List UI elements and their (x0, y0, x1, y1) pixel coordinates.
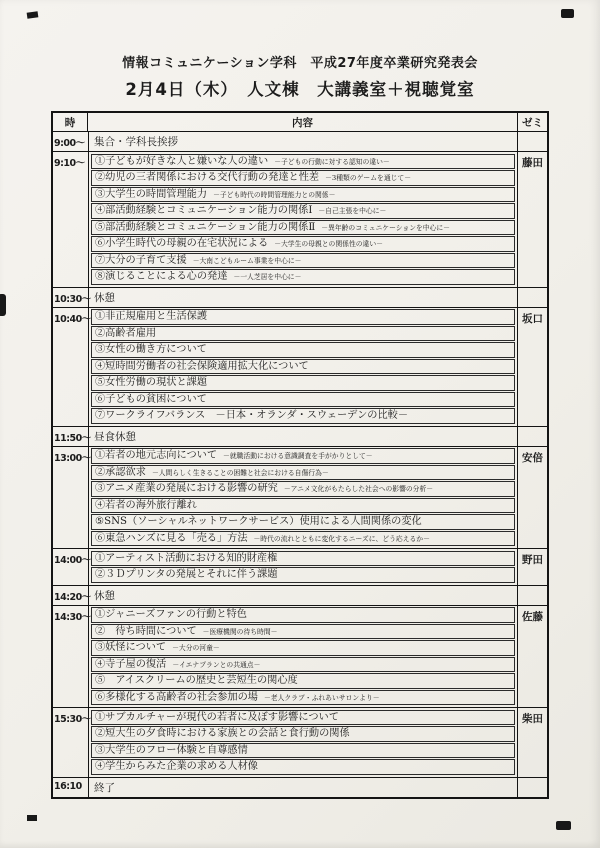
scan-artifact (556, 821, 571, 830)
presentation-item: ⑦ワークライフバランス －日本・オランダ・スウェーデンの比較－ (91, 408, 515, 424)
item-note: －子ども時代の時間管理能力との関係－ (213, 189, 335, 199)
seminar-cell: 安倍 (518, 447, 547, 549)
seminar-cell (518, 288, 547, 307)
time-cell: 16:10 (53, 778, 89, 797)
item-title: ①子どもが好きな人と嫌いな人の違い (95, 155, 268, 169)
column-header-content: 内容 (88, 113, 518, 131)
item-title: ①非正規雇用と生活保護 (95, 310, 207, 324)
seminar-cell: 柴田 (518, 708, 547, 777)
table-row-0910: 9:10～ ①子どもが好きな人と嫌いな人の違い－子どもの行動に対する認知の違い－… (53, 151, 547, 287)
presentation-item: ⑧演じることによる心の発達－一人芝居を中心に－ (91, 269, 515, 285)
item-note: －イエナプランとの共通点－ (172, 659, 260, 669)
presentation-item: ③大学生の時間管理能力－子ども時代の時間管理能力との関係－ (91, 187, 515, 203)
item-title: ③女性の働き方について (95, 343, 207, 357)
scan-artifact (27, 11, 39, 18)
item-title: ⑥東急ハンズに見る「売る」方法 (95, 532, 248, 546)
row-text: 集合・学科長挨拶 (89, 132, 517, 151)
item-title: ⑤ アイスクリームの歴史と芸短生の関心度 (95, 674, 298, 688)
presentation-item: ③大学生のフロー体験と自尊感情 (91, 743, 515, 759)
presentation-item: ④部活動経験とコミュニケーション能力の関係Ⅰ－自己主張を中心に－ (91, 203, 515, 219)
item-title: ①若者の地元志向について (95, 449, 217, 463)
table-row-1030: 10:30～ 休憩 (53, 287, 547, 307)
document-title: 情報コミュニケーション学科 平成27年度卒業研究発表会 (0, 52, 600, 71)
presentation-item: ①子どもが好きな人と嫌いな人の違い－子どもの行動に対する認知の違い－ (91, 154, 515, 170)
scan-artifact (561, 9, 574, 18)
table-row-1610: 16:10 終了 (53, 777, 547, 797)
time-cell: 10:40～ (53, 308, 89, 426)
row-text: 休憩 (89, 586, 517, 605)
table-row-1430: 14:30～ ①ジャニーズファンの行動と特色 ② 待ち時間について－医療機関の待… (53, 605, 547, 708)
scan-artifact (27, 815, 37, 821)
row-text: 昼食休憩 (89, 427, 517, 446)
presentation-item: ②高齢者雇用 (91, 326, 515, 342)
item-title: ⑤女性労働の現状と課題 (95, 376, 207, 390)
table-row-1420: 14:20～ 休憩 (53, 585, 547, 605)
item-note: －アニメ文化がもたらした社会への影響の分析－ (284, 483, 433, 493)
presentation-item: ④短時間労働者の社会保険適用拡大化について (91, 359, 515, 375)
presentation-item: ①ジャニーズファンの行動と特色 (91, 607, 515, 623)
presentation-item: ③女性の働き方について (91, 342, 515, 358)
item-note: －人間らしく生きることの困難と社会における自傷行為－ (152, 467, 329, 477)
item-note: －大学生の母親との関係性の違い－ (274, 238, 383, 248)
presentation-item: ①アーティスト活動における知的財産権 (91, 551, 515, 567)
presentation-item: ①若者の地元志向について－就職活動における意識調査を手がかりとして－ (91, 448, 515, 464)
presentation-item: ④寺子屋の復活－イエナプランとの共通点－ (91, 657, 515, 673)
item-note: －時代の流れとともに変化するニーズに、どう応えるか－ (254, 533, 430, 543)
seminar-cell (518, 586, 547, 605)
presentation-item: ⑥多様化する高齢者の社会参加の場－老人クラブ・ふれあいサロンより－ (91, 690, 515, 706)
table-row-1150: 11:50～ 昼食休憩 (53, 426, 547, 446)
seminar-cell: 藤田 (518, 152, 547, 287)
presentation-item: ⑤SNS（ソーシャルネットワークサービス）使用による人間関係の変化 (91, 514, 515, 530)
item-title: ④部活動経験とコミュニケーション能力の関係Ⅰ (95, 204, 312, 218)
time-cell: 14:00～ (53, 549, 89, 585)
time-cell: 15:30～ (53, 708, 89, 777)
row-text: 終了 (89, 778, 517, 797)
time-cell: 10:30～ (53, 288, 89, 307)
seminar-cell (518, 427, 547, 446)
presentation-item: ⑤ アイスクリームの歴史と芸短生の関心度 (91, 673, 515, 689)
time-cell: 11:50～ (53, 427, 89, 446)
table-row-1040: 10:40～ ①非正規雇用と生活保護 ②高齢者雇用 ③女性の働き方について ④短… (53, 307, 547, 426)
item-note: －医療機関の待ち時間－ (203, 626, 278, 636)
table-row-1300: 13:00～ ①若者の地元志向について－就職活動における意識調査を手がかりとして… (53, 446, 547, 549)
presentation-item: ⑤女性労働の現状と課題 (91, 375, 515, 391)
seminar-cell (518, 132, 547, 151)
item-title: ⑥多様化する高齢者の社会参加の場 (95, 691, 258, 705)
presentation-item: ②幼児の三者関係における交代行動の発達と性差－3種類のゲームを通じて－ (91, 170, 515, 186)
presentation-item: ⑥小学生時代の母親の在宅状況による－大学生の母親との関係性の違い－ (91, 236, 515, 252)
seminar-cell: 坂口 (518, 308, 547, 426)
seminar-cell: 野田 (518, 549, 547, 585)
time-cell: 9:10～ (53, 152, 89, 287)
presentation-item: ②短大生の夕食時における家族との会話と食行動の関係 (91, 726, 515, 742)
presentation-item: ①サブカルチャーが現代の若者に及ぼす影響について (91, 710, 515, 726)
item-title: ④寺子屋の復活 (95, 658, 166, 672)
item-title: ⑧演じることによる心の発達 (95, 270, 227, 284)
item-title: ③アニメ産業の発展における影響の研究 (95, 482, 278, 496)
item-title: ①サブカルチャーが現代の若者に及ぼす影響について (95, 711, 339, 725)
item-title: ③大学生の時間管理能力 (95, 188, 207, 202)
item-title: ⑤SNS（ソーシャルネットワークサービス）使用による人間関係の変化 (95, 515, 422, 529)
item-title: ⑥小学生時代の母親の在宅状況による (95, 237, 268, 251)
item-title: ②承認欲求 (95, 466, 146, 480)
presentation-item: ⑥東急ハンズに見る「売る」方法－時代の流れとともに変化するニーズに、どう応えるか… (91, 531, 515, 547)
item-note: －一人芝居を中心に－ (233, 271, 301, 281)
item-title: ②高齢者雇用 (95, 327, 156, 341)
schedule-table: 時 内容 ゼミ 9:00～ 集合・学科長挨拶 9:10～ ①子どもが好きな人と嫌… (51, 111, 549, 799)
item-note: －就職活動における意識調査を手がかりとして－ (223, 450, 373, 460)
presentation-item: ④学生からみた企業の求める人材像 (91, 759, 515, 775)
presentation-item: ⑦大分の子育て支援－大南こどもルーム事業を中心に－ (91, 253, 515, 269)
table-header-row: 時 内容 ゼミ (53, 113, 547, 131)
presentation-item: ①非正規雇用と生活保護 (91, 309, 515, 325)
presentation-item: ②承認欲求－人間らしく生きることの困難と社会における自傷行為－ (91, 465, 515, 481)
seminar-cell: 佐藤 (518, 606, 547, 708)
item-note: －子どもの行動に対する認知の違い－ (274, 156, 390, 166)
column-header-seminar: ゼミ (518, 113, 547, 131)
item-title: ①アーティスト活動における知的財産権 (95, 552, 277, 566)
presentation-item: ②３Ｄプリンタの発展とそれに伴う課題 (91, 567, 515, 583)
item-title: ⑦ワークライフバランス －日本・オランダ・スウェーデンの比較－ (95, 409, 408, 423)
item-note: －異年齢のコミュニケーションを中心に－ (321, 222, 450, 232)
table-row-1530: 15:30～ ①サブカルチャーが現代の若者に及ぼす影響について ②短大生の夕食時… (53, 707, 547, 777)
item-note: －老人クラブ・ふれあいサロンより－ (264, 692, 380, 702)
item-title: ②幼児の三者関係における交代行動の発達と性差 (95, 171, 319, 185)
item-title: ④短時間労働者の社会保険適用拡大化について (95, 360, 309, 374)
presentation-item: ⑥子どもの貧困について (91, 392, 515, 408)
presentation-item: ④若者の海外旅行離れ (91, 498, 515, 514)
time-cell: 13:00～ (53, 447, 89, 549)
seminar-cell (518, 778, 547, 797)
presentation-item: ② 待ち時間について－医療機関の待ち時間－ (91, 624, 515, 640)
item-title: ③大学生のフロー体験と自尊感情 (95, 744, 248, 758)
table-row-1400: 14:00～ ①アーティスト活動における知的財産権 ②３Ｄプリンタの発展とそれに… (53, 548, 547, 585)
item-title: ③妖怪について (95, 641, 166, 655)
item-title: ④学生からみた企業の求める人材像 (95, 760, 258, 774)
scan-artifact (0, 294, 6, 316)
item-title: ⑤部活動経験とコミュニケーション能力の関係Ⅱ (95, 221, 315, 235)
item-title: ②短大生の夕食時における家族との会話と食行動の関係 (95, 727, 350, 741)
time-cell: 9:00～ (53, 132, 89, 151)
item-note: －3種類のゲームを通じて－ (325, 172, 411, 182)
table-row-0900: 9:00～ 集合・学科長挨拶 (53, 131, 547, 151)
item-title: ①ジャニーズファンの行動と特色 (95, 608, 247, 622)
scanned-page: 情報コミュニケーション学科 平成27年度卒業研究発表会 2月4日（木） 人文棟 … (0, 0, 600, 848)
item-note: －自己主張を中心に－ (318, 205, 386, 215)
row-text: 休憩 (89, 288, 517, 307)
time-cell: 14:20～ (53, 586, 89, 605)
item-title: ② 待ち時間について (95, 625, 197, 639)
item-title: ⑥子どもの貧困について (95, 393, 207, 407)
item-title: ④若者の海外旅行離れ (95, 499, 197, 513)
column-header-time: 時 (53, 113, 88, 131)
presentation-item: ③アニメ産業の発展における影響の研究－アニメ文化がもたらした社会への影響の分析－ (91, 481, 515, 497)
document-subtitle: 2月4日（木） 人文棟 大講義室＋視聴覚室 (0, 76, 600, 100)
time-cell: 14:30～ (53, 606, 89, 708)
item-title: ⑦大分の子育て支援 (95, 254, 187, 268)
item-title: ②３Ｄプリンタの発展とそれに伴う課題 (95, 568, 278, 582)
item-note: －大分の河童－ (172, 642, 220, 652)
item-note: －大南こどもルーム事業を中心に－ (193, 255, 302, 265)
presentation-item: ⑤部活動経験とコミュニケーション能力の関係Ⅱ－異年齢のコミュニケーションを中心に… (91, 220, 515, 236)
presentation-item: ③妖怪について－大分の河童－ (91, 640, 515, 656)
